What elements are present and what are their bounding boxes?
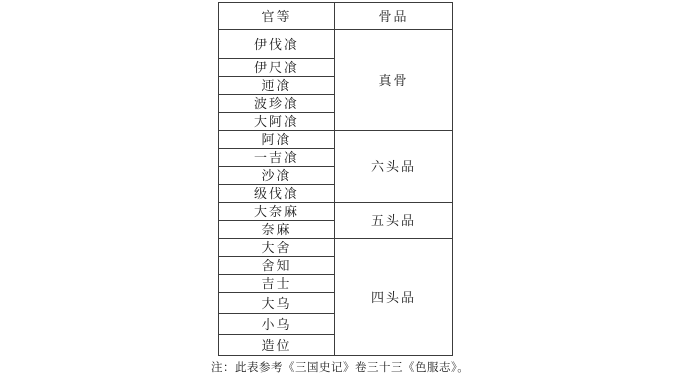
- silla-rank-table: 官等 骨品 伊伐飡 真骨 伊尺飡 迊飡 波珍飡 大阿飡 阿飡 六头: [218, 2, 453, 356]
- bone-rank-cell: 六头品: [335, 131, 453, 203]
- rank-cell: 波珍飡: [219, 95, 335, 113]
- bone-rank-cell: 真骨: [335, 30, 453, 131]
- footnote: 注：此表参考《三国史记》卷三十三《色服志》。: [211, 359, 469, 375]
- rank-cell: 大乌: [219, 293, 335, 314]
- rank-cell: 一吉飡: [219, 149, 335, 167]
- rank-cell: 大舍: [219, 239, 335, 257]
- table-row: 大奈麻 五头品: [219, 203, 453, 221]
- rank-cell: 舍知: [219, 257, 335, 275]
- column-header-bone: 骨品: [335, 3, 453, 30]
- rank-cell: 阿飡: [219, 131, 335, 149]
- bone-rank-cell: 五头品: [335, 203, 453, 239]
- scanned-document-page: 官等 骨品 伊伐飡 真骨 伊尺飡 迊飡 波珍飡 大阿飡 阿飡 六头: [0, 0, 693, 380]
- rank-cell: 奈麻: [219, 221, 335, 239]
- rank-cell: 迊飡: [219, 77, 335, 95]
- header-row: 官等 骨品: [219, 3, 453, 30]
- rank-cell: 造位: [219, 335, 335, 356]
- table-row: 大舍 四头品: [219, 239, 453, 257]
- rank-cell: 级伐飡: [219, 185, 335, 203]
- column-header-rank: 官等: [219, 3, 335, 30]
- rank-cell: 伊伐飡: [219, 30, 335, 59]
- rank-cell: 沙飡: [219, 167, 335, 185]
- bone-rank-cell: 四头品: [335, 239, 453, 356]
- rank-cell: 伊尺飡: [219, 59, 335, 77]
- table-row: 阿飡 六头品: [219, 131, 453, 149]
- table-row: 伊伐飡 真骨: [219, 30, 453, 59]
- rank-cell: 大阿飡: [219, 113, 335, 131]
- rank-cell: 大奈麻: [219, 203, 335, 221]
- rank-cell: 吉士: [219, 275, 335, 293]
- rank-cell: 小乌: [219, 314, 335, 335]
